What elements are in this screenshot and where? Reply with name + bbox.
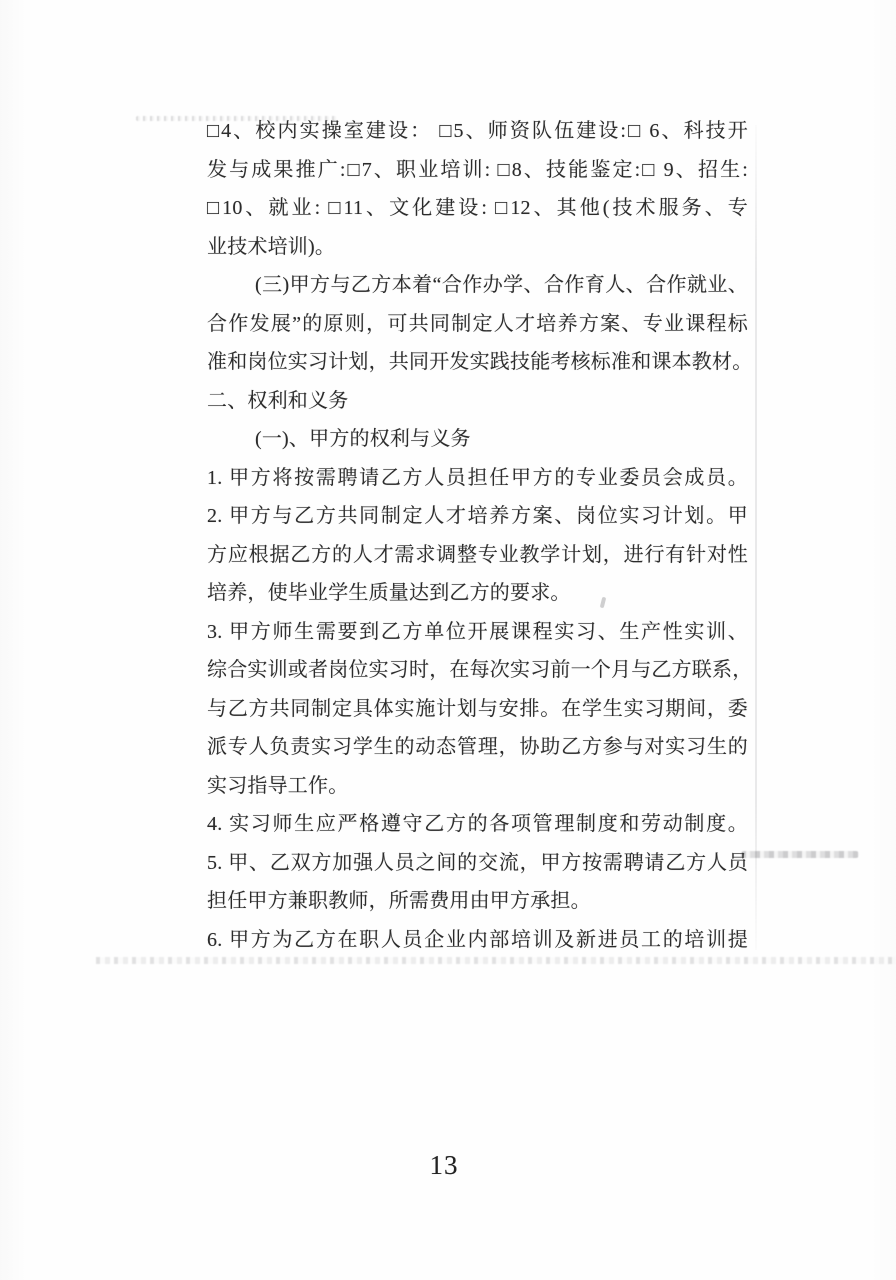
document-line-item-1: 1. 甲方将按需聘请乙方人员担任甲方的专业委员会成员。	[207, 459, 748, 498]
scan-artifact-right-smudge	[741, 851, 859, 858]
document-line-item-2: 2. 甲方与乙方共同制定人才培养方案、岗位实习计划。甲	[207, 497, 748, 536]
document-line: 担任甲方兼职教师，所需费用由甲方承担。	[207, 882, 748, 921]
document-line: 业技术培训)。	[207, 228, 748, 267]
document-line-checkbox-items: 发与成果推广:□7、职业培训: □8、技能鉴定:□ 9、招生:	[207, 151, 748, 190]
document-line-item-4: 4. 实习师生应严格遵守乙方的各项管理制度和劳动制度。	[207, 805, 748, 844]
document-line: 合作发展”的原则，可共同制定人才培养方案、专业课程标	[207, 305, 748, 344]
section-heading-rights-obligations: 二、权利和义务	[207, 382, 748, 421]
document-line: 综合实训或者岗位实习时，在每次实习前一个月与乙方联系，	[207, 651, 748, 690]
document-line-item-5: 5. 甲、乙双方加强人员之间的交流，甲方按需聘请乙方人员	[207, 844, 748, 883]
scan-artifact-vertical-line	[755, 125, 757, 950]
document-line-clause-3: (三)甲方与乙方本着“合作办学、合作育人、合作就业、	[207, 266, 748, 305]
contract-text-block: □4、校内实操室建设： □5、师资队伍建设:□ 6、科技开 发与成果推广:□7、…	[207, 112, 748, 959]
document-line: 与乙方共同制定具体实施计划与安排。在学生实习期间，委	[207, 690, 748, 729]
scanned-contract-page: □4、校内实操室建设： □5、师资队伍建设:□ 6、科技开 发与成果推广:□7、…	[0, 0, 896, 1280]
document-line: 派专人负责实习学生的动态管理，协助乙方参与对实习生的	[207, 728, 748, 767]
document-line: 培养，使毕业学生质量达到乙方的要求。	[207, 574, 748, 613]
page-number: 13	[414, 1150, 474, 1181]
document-line-checkbox-items: □10、就业: □11、文化建设: □12、其他(技术服务、专	[207, 189, 748, 228]
subsection-heading-party-a: (一)、甲方的权利与义务	[207, 420, 748, 459]
document-line: 实习指导工作。	[207, 767, 748, 806]
document-line-item-3: 3. 甲方师生需要到乙方单位开展课程实习、生产性实训、	[207, 613, 748, 652]
document-line-checkbox-items: □4、校内实操室建设： □5、师资队伍建设:□ 6、科技开	[207, 112, 748, 151]
document-line-item-6: 6. 甲方为乙方在职人员企业内部培训及新进员工的培训提	[207, 921, 748, 960]
document-line: 准和岗位实习计划，共同开发实践技能考核标准和课本教材。	[207, 343, 748, 382]
document-line: 方应根据乙方的人才需求调整专业教学计划，进行有针对性	[207, 536, 748, 575]
